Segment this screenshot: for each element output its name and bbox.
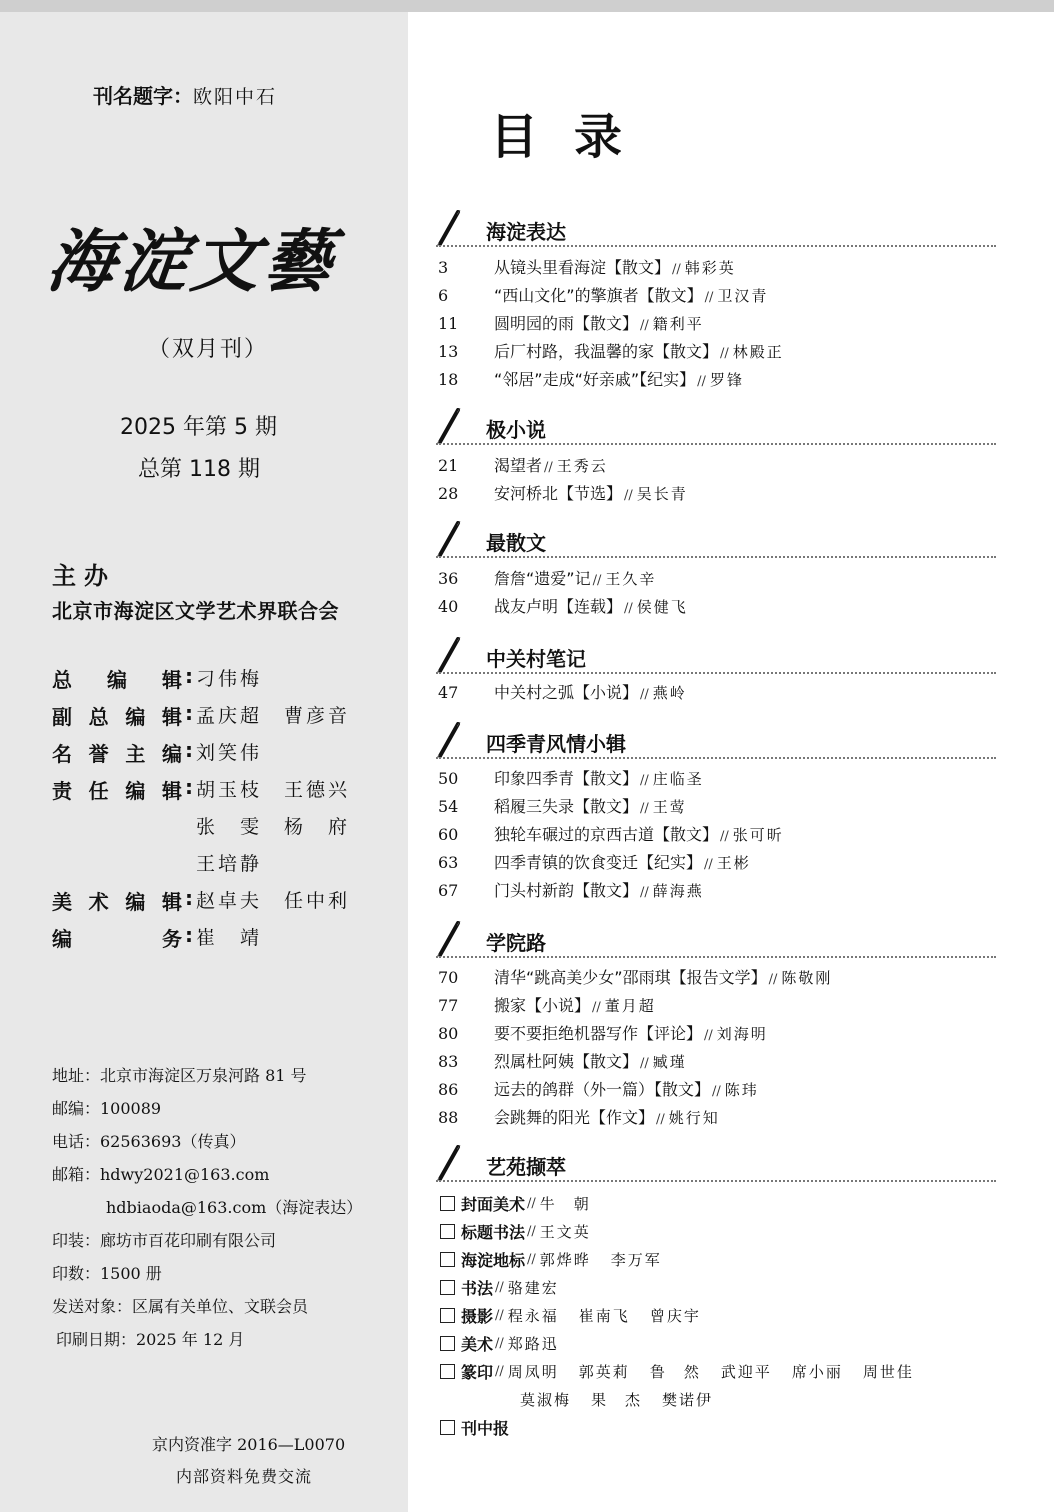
staff-role-char: 责	[52, 775, 72, 805]
entry-author: 刘海明	[717, 1023, 768, 1044]
checkbox-square-icon	[440, 1308, 455, 1323]
author-separator: //	[593, 573, 602, 588]
pen-icon	[436, 637, 462, 673]
entry-title: 稻履三失录【散文】	[494, 794, 638, 817]
author-separator: //	[720, 829, 729, 844]
staff-colon: :	[182, 701, 196, 731]
section-title: 艺苑撷萃	[486, 1151, 566, 1180]
dotted-divider	[436, 245, 996, 247]
entry-page-number: 83	[438, 1052, 494, 1071]
issue-number: 2025 年第 5 期	[120, 410, 277, 441]
staff-role-char: 编	[125, 701, 145, 731]
author-separator: //	[640, 687, 649, 702]
sponsor-name: 北京市海淀区文学艺术界联合会	[52, 595, 339, 624]
staff-row: 编务:崔 靖	[52, 923, 284, 953]
title-credit-value: 欧阳中石	[193, 86, 277, 108]
author-separator: //	[720, 346, 729, 361]
author-separator: //	[704, 1028, 713, 1043]
staff-row: 副总编辑:孟庆超曹彦音	[52, 701, 372, 731]
staff-role-char: 编	[52, 923, 72, 953]
art-credit-label: 篆印	[461, 1360, 493, 1383]
author-separator: //	[704, 857, 713, 872]
art-credit-label: 海淀地标	[461, 1248, 525, 1271]
staff-row: 张 雯杨 府	[52, 812, 372, 842]
staff-role	[52, 849, 182, 879]
art-credit-name: 武迎平	[721, 1361, 772, 1382]
author-separator: //	[495, 1308, 504, 1323]
toc-entry[interactable]: 67门头村新韵【散文】//薛海燕	[438, 878, 704, 904]
art-credit-names: 莫淑梅果 杰樊诺伊	[520, 1389, 733, 1410]
entry-page-number: 54	[438, 797, 494, 816]
magazine-masthead: 海淀文藝	[43, 208, 341, 305]
entry-title: 会跳舞的阳光【作文】	[494, 1105, 654, 1128]
art-credit-name: 李万军	[611, 1249, 662, 1270]
art-credit-name: 骆建宏	[508, 1277, 559, 1298]
entry-title: 四季青镇的饮食变迁【纪实】	[494, 850, 702, 873]
staff-role-char: 副	[52, 701, 72, 731]
author-separator: //	[527, 1196, 536, 1211]
author-separator: //	[527, 1252, 536, 1267]
entry-author: 林殿正	[733, 341, 784, 362]
section-title: 海淀表达	[486, 216, 566, 245]
entry-author: 庄临圣	[653, 768, 704, 789]
author-separator: //	[656, 1112, 665, 1127]
entry-author: 侯健飞	[637, 596, 688, 617]
staff-name: 胡玉枝	[196, 775, 262, 802]
entry-author: 王秀云	[557, 455, 608, 476]
staff-colon	[182, 849, 196, 879]
staff-colon	[182, 812, 196, 842]
staff-role-char: 美	[52, 886, 72, 916]
toc-entry[interactable]: 83烈属杜阿姨【散文】//臧瑾	[438, 1049, 687, 1075]
author-separator: //	[527, 1224, 536, 1239]
art-credit-name: 周世佳	[863, 1361, 914, 1382]
staff-role-char: 主	[125, 738, 145, 768]
info-line: 邮箱：hdwy2021@163.com	[52, 1162, 269, 1185]
section-header: 极小说	[436, 408, 996, 448]
art-credit-name: 郭烨晔	[540, 1249, 591, 1270]
entry-title: 战友卢明【连载】	[494, 594, 622, 617]
staff-name: 赵卓夫	[196, 886, 262, 913]
staff-role: 编务	[52, 923, 182, 953]
art-credit-names: 牛 朝	[540, 1193, 611, 1214]
entry-author: 卫汉青	[717, 285, 768, 306]
staff-name: 刘笑伟	[196, 738, 262, 765]
pen-icon	[436, 722, 462, 758]
entry-title: “西山文化”的擎旗者【散文】	[494, 283, 703, 306]
author-separator: //	[640, 1056, 649, 1071]
entry-title: 清华“跳高美少女”邵雨琪【报告文学】	[494, 965, 767, 988]
entry-page-number: 88	[438, 1108, 494, 1127]
art-credit-label: 标题书法	[461, 1220, 525, 1243]
staff-name: 曹彦音	[284, 701, 350, 728]
entry-page-number: 11	[438, 314, 494, 333]
staff-role-char: 总	[89, 701, 109, 731]
art-credit-names: 周凤明郭英莉鲁 然武迎平席小丽周世佳	[508, 1361, 934, 1382]
entry-page-number: 60	[438, 825, 494, 844]
info-line: 印数：1500 册	[52, 1261, 162, 1284]
entry-author: 王莺	[653, 796, 687, 817]
art-credit-row: 摄影//程永福崔南飞曾庆宇	[440, 1302, 721, 1328]
art-credit-name: 崔南飞	[579, 1305, 630, 1326]
dotted-divider	[436, 956, 996, 958]
art-credit-row: 篆印//周凤明郭英莉鲁 然武迎平席小丽周世佳	[440, 1358, 934, 1384]
toc-entry[interactable]: 47中关村之弧【小说】//燕岭	[438, 680, 687, 706]
distribution-note: 内部资料免费交流	[176, 1464, 312, 1487]
toc-entry[interactable]: 50印象四季青【散文】//庄临圣	[438, 766, 704, 792]
info-line: hdbiaoda@163.com（海淀表达）	[106, 1195, 362, 1218]
author-separator: //	[495, 1336, 504, 1351]
staff-role-char: 任	[89, 775, 109, 805]
page-title: 目录	[490, 98, 658, 167]
art-credit-row: 书法//骆建宏	[440, 1274, 579, 1300]
staff-names: 崔 靖	[196, 923, 284, 953]
entry-title: 渴望者	[494, 453, 542, 476]
staff-role-char: 编	[125, 886, 145, 916]
entry-page-number: 67	[438, 881, 494, 900]
entry-page-number: 80	[438, 1024, 494, 1043]
entry-page-number: 70	[438, 968, 494, 987]
info-line: 印刷日期：2025 年 12 月	[56, 1327, 244, 1350]
art-credit-row: 海淀地标//郭烨晔李万军	[440, 1246, 682, 1272]
entry-author: 罗锋	[710, 369, 744, 390]
entry-author: 王久辛	[605, 568, 656, 589]
author-separator: //	[640, 773, 649, 788]
staff-name: 王培静	[196, 849, 262, 876]
toc-entry[interactable]: 86远去的鸽群（外一篇）【散文】//陈玮	[438, 1077, 759, 1103]
staff-name: 任中利	[284, 886, 350, 913]
staff-role-char: 总	[52, 664, 72, 694]
art-credit-name: 程永福	[508, 1305, 559, 1326]
staff-colon: :	[182, 738, 196, 768]
toc-entry[interactable]: 28安河桥北【节选】//吴长青	[438, 481, 688, 507]
staff-row: 责任编辑:胡玉枝王德兴	[52, 775, 372, 805]
art-credit-name: 樊诺伊	[662, 1389, 713, 1410]
entry-page-number: 3	[438, 258, 494, 277]
entry-title: 搬家【小说】	[494, 993, 590, 1016]
entry-author: 王彬	[717, 852, 751, 873]
entry-title: 门头村新韵【散文】	[494, 878, 638, 901]
author-separator: //	[624, 488, 633, 503]
staff-names: 胡玉枝王德兴	[196, 775, 372, 805]
title-calligraphy-credit: 刊名题字：欧阳中石	[93, 80, 277, 109]
section-header: 艺苑撷萃	[436, 1145, 996, 1185]
staff-role: 总编辑	[52, 664, 182, 694]
pen-icon	[436, 1145, 462, 1181]
author-separator: //	[640, 885, 649, 900]
dotted-divider	[436, 757, 996, 759]
art-credit-names: 骆建宏	[508, 1277, 579, 1298]
staff-role-char: 辑	[162, 664, 182, 694]
entry-page-number: 18	[438, 370, 494, 389]
art-credit-name: 果 杰	[591, 1389, 642, 1410]
permit-number: 京内资准字 2016—L0070	[152, 1432, 345, 1455]
section-title: 中关村笔记	[486, 643, 586, 672]
pen-icon	[436, 408, 462, 444]
staff-role-char: 务	[162, 923, 182, 953]
author-separator: //	[769, 972, 778, 987]
staff-role: 美术编辑	[52, 886, 182, 916]
top-border-bar	[0, 0, 1054, 12]
entry-title: 远去的鸽群（外一篇）【散文】	[494, 1077, 710, 1100]
toc-entry[interactable]: 60独轮车碾过的京西古道【散文】//张可昕	[438, 822, 784, 848]
checkbox-square-icon	[440, 1224, 455, 1239]
staff-names: 刘笑伟	[196, 738, 284, 768]
entry-page-number: 21	[438, 456, 494, 475]
publication-frequency: （双月刊）	[148, 332, 268, 363]
entry-page-number: 77	[438, 996, 494, 1015]
art-credit-row: 标题书法//王文英	[440, 1218, 611, 1244]
staff-colon: :	[182, 923, 196, 953]
staff-role-char: 名	[52, 738, 72, 768]
staff-role-char: 术	[89, 886, 109, 916]
entry-title: 詹詹“遗爱”记	[494, 566, 591, 589]
toc-entry[interactable]: 11圆明园的雨【散文】//籍利平	[438, 311, 704, 337]
pen-icon	[436, 921, 462, 957]
info-line: 邮编：100089	[52, 1096, 161, 1119]
toc-entry[interactable]: 40战友卢明【连载】//侯健飞	[438, 594, 688, 620]
art-credit-label: 封面美术	[461, 1192, 525, 1215]
info-line: 印装：廊坊市百花印刷有限公司	[52, 1228, 276, 1251]
section-title: 最散文	[486, 527, 546, 556]
art-credit-label: 美术	[461, 1332, 493, 1355]
section-header: 四季青风情小辑	[436, 722, 996, 762]
art-credit-row: 封面美术//牛 朝	[440, 1190, 611, 1216]
checkbox-square-icon	[440, 1196, 455, 1211]
entry-title: 从镜头里看海淀【散文】	[494, 255, 670, 278]
art-credit-name: 郑路迅	[508, 1333, 559, 1354]
entry-page-number: 13	[438, 342, 494, 361]
info-line: 电话：62563693（传真）	[52, 1129, 245, 1152]
art-credit-label: 书法	[461, 1276, 493, 1299]
toc-entry[interactable]: 70清华“跳高美少女”邵雨琪【报告文学】//陈敬刚	[438, 965, 832, 991]
entry-author: 张可昕	[733, 824, 784, 845]
dotted-divider	[436, 672, 996, 674]
entry-author: 韩彩英	[685, 257, 736, 278]
art-credit-label: 刊中报	[461, 1416, 509, 1439]
entry-title: 要不要拒绝机器写作【评论】	[494, 1021, 702, 1044]
info-line: 发送对象：区属有关单位、文联会员	[52, 1294, 308, 1317]
checkbox-square-icon	[440, 1252, 455, 1267]
toc-entry[interactable]: 18“邻居”走成“好亲戚”【纪实】//罗锋	[438, 367, 744, 393]
staff-row: 总编辑:刁伟梅	[52, 664, 284, 694]
entry-author: 燕岭	[653, 682, 687, 703]
checkbox-square-icon	[440, 1336, 455, 1351]
author-separator: //	[592, 1000, 601, 1015]
art-credit-names: 郑路迅	[508, 1333, 579, 1354]
staff-row: 名誉主编:刘笑伟	[52, 738, 284, 768]
toc-entry[interactable]: 21渴望者//王秀云	[438, 453, 608, 479]
staff-name: 崔 靖	[196, 923, 262, 950]
entry-title: “邻居”走成“好亲戚”【纪实】	[494, 367, 695, 390]
sponsor-label: 主办	[52, 556, 116, 591]
art-credit-name: 鲁 然	[650, 1361, 701, 1382]
dotted-divider	[436, 443, 996, 445]
author-separator: //	[672, 262, 681, 277]
toc-entry[interactable]: 6“西山文化”的擎旗者【散文】//卫汉青	[438, 283, 768, 309]
author-separator: //	[640, 801, 649, 816]
staff-names: 张 雯杨 府	[196, 812, 372, 842]
staff-role-char: 辑	[162, 886, 182, 916]
staff-names: 孟庆超曹彦音	[196, 701, 372, 731]
art-credit-names: 王文英	[540, 1221, 611, 1242]
entry-author: 姚行知	[669, 1107, 720, 1128]
author-separator: //	[705, 290, 714, 305]
entry-page-number: 36	[438, 569, 494, 588]
toc-entry[interactable]: 88会跳舞的阳光【作文】//姚行知	[438, 1105, 720, 1131]
dotted-divider	[436, 556, 996, 558]
entry-author: 薛海燕	[653, 880, 704, 901]
toc-entry[interactable]: 63四季青镇的饮食变迁【纪实】//王彬	[438, 850, 751, 876]
entry-page-number: 40	[438, 597, 494, 616]
staff-role-char: 编	[125, 775, 145, 805]
checkbox-square-icon	[440, 1420, 455, 1435]
total-issue-number: 总第 118 期	[138, 452, 260, 483]
toc-entry[interactable]: 3从镜头里看海淀【散文】//韩彩英	[438, 255, 736, 281]
toc-entry[interactable]: 77搬家【小说】//董月超	[438, 993, 656, 1019]
art-credit-names: 程永福崔南飞曾庆宇	[508, 1305, 721, 1326]
art-credit-name: 席小丽	[792, 1361, 843, 1382]
staff-colon: :	[182, 886, 196, 916]
entry-author: 臧瑾	[653, 1051, 687, 1072]
staff-role-char: 辑	[162, 701, 182, 731]
staff-role-char: 编	[107, 664, 127, 694]
art-credit-name: 王文英	[540, 1221, 591, 1242]
section-title: 四季青风情小辑	[486, 728, 626, 757]
pen-icon	[436, 521, 462, 557]
entry-author: 籍利平	[653, 313, 704, 334]
entry-title: 后厂村路，我温馨的家【散文】	[494, 339, 718, 362]
checkbox-square-icon	[440, 1364, 455, 1379]
dotted-divider	[436, 1180, 996, 1182]
checkbox-square-icon	[440, 1280, 455, 1295]
pen-icon	[436, 210, 462, 246]
author-separator: //	[712, 1084, 721, 1099]
entry-title: 中关村之弧【小说】	[494, 680, 638, 703]
entry-title: 圆明园的雨【散文】	[494, 311, 638, 334]
info-line: 地址：北京市海淀区万泉河路 81 号	[52, 1063, 307, 1086]
staff-name: 刁伟梅	[196, 664, 262, 691]
art-credit-name: 莫淑梅	[520, 1389, 571, 1410]
staff-names: 赵卓夫任中利	[196, 886, 372, 916]
art-credit-name: 郭英莉	[579, 1361, 630, 1382]
entry-title: 印象四季青【散文】	[494, 766, 638, 789]
art-credit-name: 周凤明	[508, 1361, 559, 1382]
author-separator: //	[495, 1280, 504, 1295]
art-credit-name: 曾庆宇	[650, 1305, 701, 1326]
toc-entry[interactable]: 36詹詹“遗爱”记//王久辛	[438, 566, 656, 592]
staff-role: 责任编辑	[52, 775, 182, 805]
entry-author: 吴长青	[637, 483, 688, 504]
toc-entry[interactable]: 13后厂村路，我温馨的家【散文】//林殿正	[438, 339, 784, 365]
staff-role	[52, 812, 182, 842]
section-header: 最散文	[436, 521, 996, 561]
art-credit-label: 摄影	[461, 1304, 493, 1327]
author-separator: //	[697, 374, 706, 389]
art-credit-name: 牛 朝	[540, 1193, 591, 1214]
section-title: 学院路	[486, 927, 546, 956]
entry-page-number: 86	[438, 1080, 494, 1099]
staff-role-char: 誉	[89, 738, 109, 768]
staff-role-char: 编	[162, 738, 182, 768]
staff-colon: :	[182, 775, 196, 805]
art-credit-names: 郭烨晔李万军	[540, 1249, 682, 1270]
staff-names: 王培静	[196, 849, 284, 879]
staff-row: 王培静	[52, 849, 284, 879]
entry-page-number: 63	[438, 853, 494, 872]
title-credit-label: 刊名题字：	[93, 84, 193, 108]
section-title: 极小说	[486, 414, 546, 443]
staff-name: 张 雯	[196, 812, 262, 839]
section-header: 中关村笔记	[436, 637, 996, 677]
entry-page-number: 28	[438, 484, 494, 503]
entry-author: 董月超	[605, 995, 656, 1016]
toc-entry[interactable]: 80要不要拒绝机器写作【评论】//刘海明	[438, 1021, 768, 1047]
entry-title: 安河桥北【节选】	[494, 481, 622, 504]
staff-name: 孟庆超	[196, 701, 262, 728]
entry-author: 陈敬刚	[781, 967, 832, 988]
staff-colon: :	[182, 664, 196, 694]
staff-name: 王德兴	[284, 775, 350, 802]
entry-page-number: 50	[438, 769, 494, 788]
entry-page-number: 47	[438, 683, 494, 702]
staff-role: 名誉主编	[52, 738, 182, 768]
entry-page-number: 6	[438, 286, 494, 305]
author-separator: //	[640, 318, 649, 333]
staff-names: 刁伟梅	[196, 664, 284, 694]
staff-role: 副总编辑	[52, 701, 182, 731]
toc-entry[interactable]: 54稻履三失录【散文】//王莺	[438, 794, 687, 820]
entry-title: 独轮车碾过的京西古道【散文】	[494, 822, 718, 845]
entry-title: 烈属杜阿姨【散文】	[494, 1049, 638, 1072]
author-separator: //	[544, 460, 553, 475]
staff-row: 美术编辑:赵卓夫任中利	[52, 886, 372, 916]
section-header: 学院路	[436, 921, 996, 961]
art-credit-row: 刊中报	[440, 1414, 509, 1440]
section-header: 海淀表达	[436, 210, 996, 250]
staff-role-char: 辑	[162, 775, 182, 805]
staff-name: 杨 府	[284, 812, 350, 839]
author-separator: //	[495, 1364, 504, 1379]
author-separator: //	[624, 601, 633, 616]
art-credit-row: 美术//郑路迅	[440, 1330, 579, 1356]
entry-author: 陈玮	[725, 1079, 759, 1100]
art-credit-row: 莫淑梅果 杰樊诺伊	[520, 1386, 733, 1412]
